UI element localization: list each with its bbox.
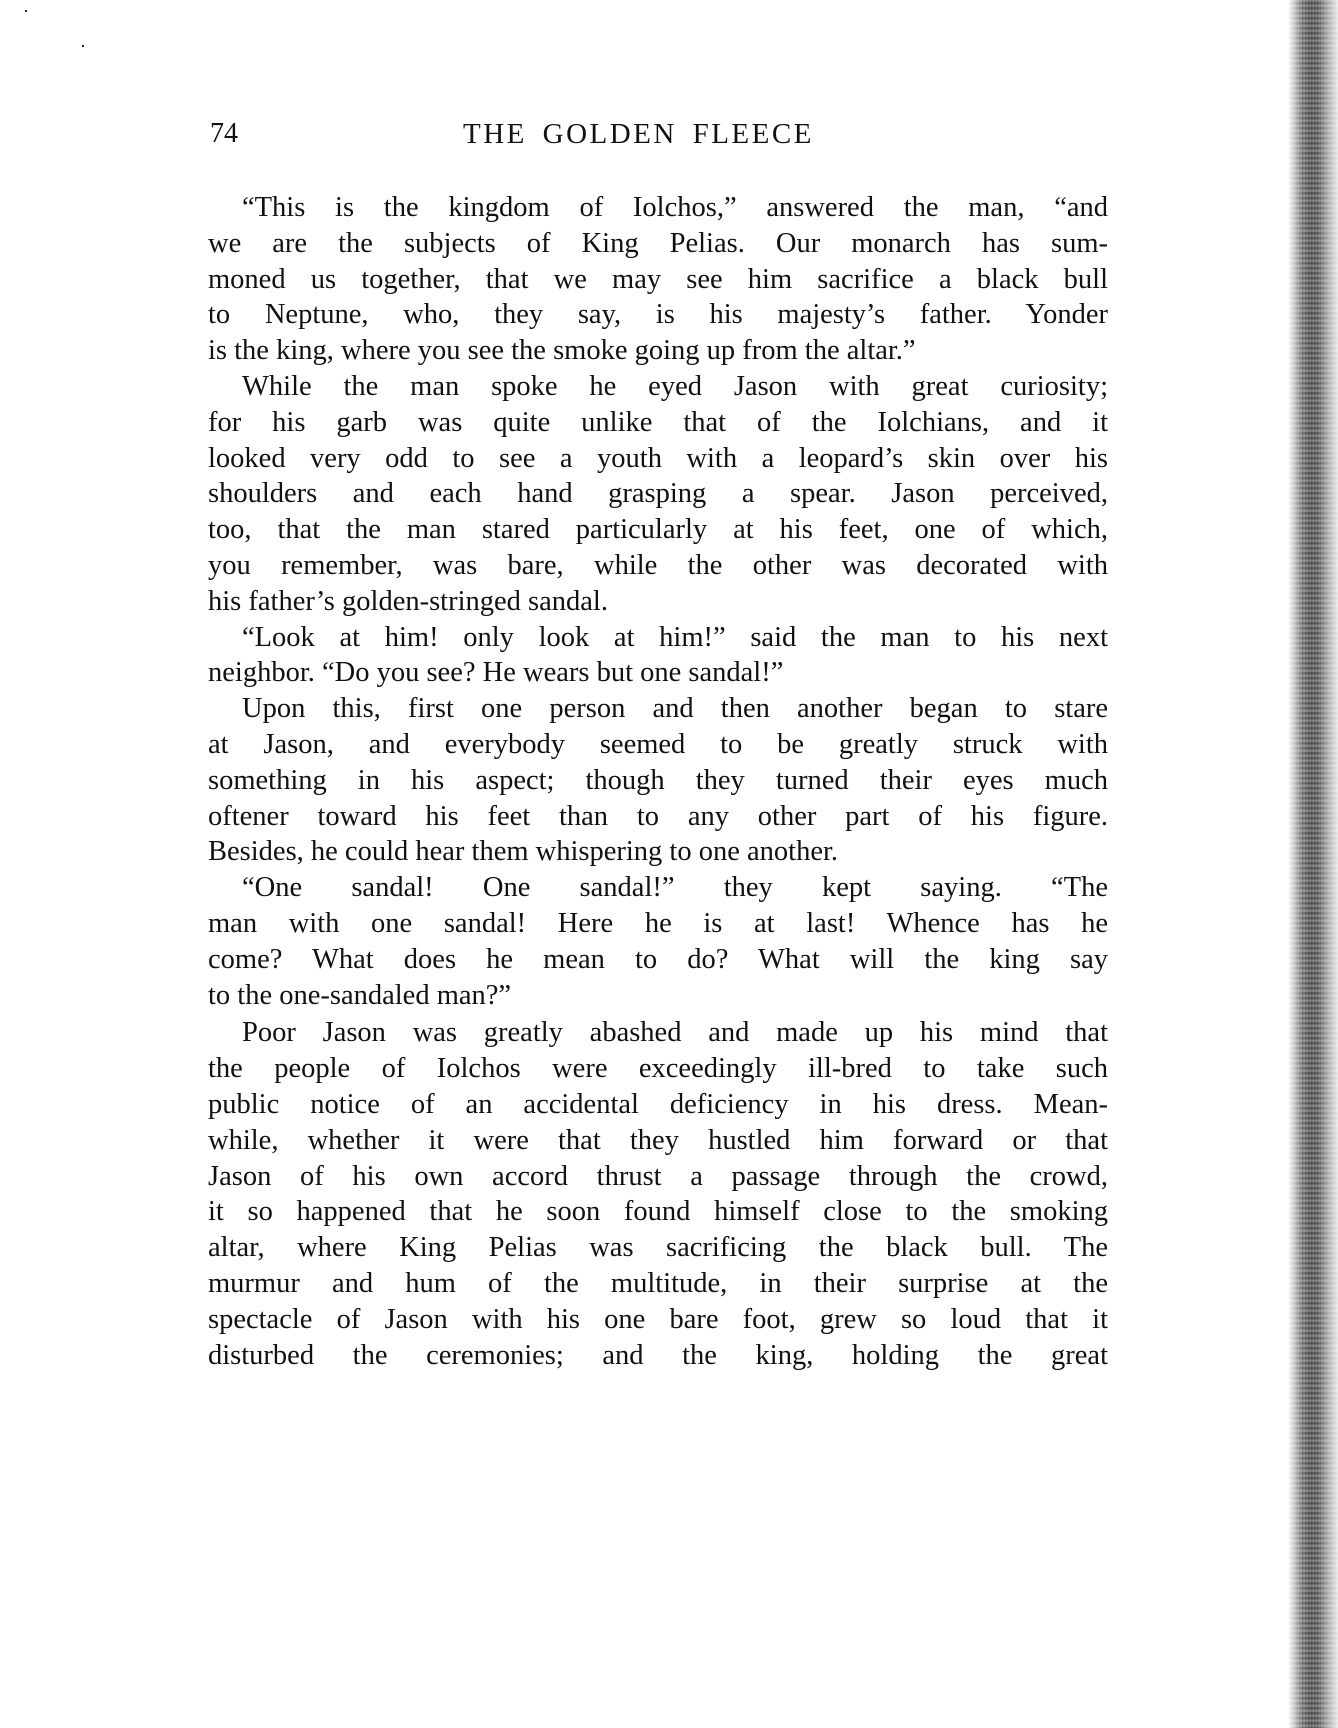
text-line: is the king, where you see the smoke goi… — [208, 333, 1108, 369]
text-line: public notice of an accidental deficienc… — [208, 1087, 1108, 1123]
scan-speck — [25, 10, 27, 12]
text-line: Poor Jason was greatly abashed and made … — [208, 1015, 1108, 1051]
body-text: “This is the kingdom of Iolchos,” answer… — [208, 190, 1108, 1373]
text-line: we are the subjects of King Pelias. Our … — [208, 226, 1108, 262]
paragraph: Upon this, first one person and then ano… — [208, 691, 1108, 870]
scan-speck — [82, 45, 84, 47]
text-line: at Jason, and everybody seemed to be gre… — [208, 727, 1108, 763]
scan-binding-gutter — [1288, 0, 1338, 1728]
text-line: the people of Iolchos were exceedingly i… — [208, 1051, 1108, 1087]
book-page: 74 THE GOLDEN FLEECE “This is the kingdo… — [0, 0, 1338, 1728]
text-line: Jason of his own accord thrust a passage… — [208, 1159, 1108, 1195]
paragraph: “One sandal! One sandal!” they kept sayi… — [208, 870, 1108, 1013]
running-header: 74 THE GOLDEN FLEECE — [210, 117, 900, 151]
text-line: it so happened that he soon found himsel… — [208, 1194, 1108, 1230]
text-line: to Neptune, who, they say, is his majest… — [208, 297, 1108, 333]
text-line: neighbor. “Do you see? He wears but one … — [208, 655, 1108, 691]
page-number: 74 — [210, 117, 238, 151]
text-line: murmur and hum of the multitude, in thei… — [208, 1266, 1108, 1302]
text-line: moned us together, that we may see him s… — [208, 262, 1108, 298]
text-line: to the one-sandaled man?” — [208, 978, 1108, 1014]
text-line: too, that the man stared particularly at… — [208, 512, 1108, 548]
text-line: Besides, he could hear them whispering t… — [208, 834, 1108, 870]
paragraph: While the man spoke he eyed Jason with g… — [208, 369, 1108, 620]
text-line: altar, where King Pelias was sacrificing… — [208, 1230, 1108, 1266]
text-line: spectacle of Jason with his one bare foo… — [208, 1302, 1108, 1338]
text-line: you remember, was bare, while the other … — [208, 548, 1108, 584]
text-line: for his garb was quite unlike that of th… — [208, 405, 1108, 441]
text-line: while, whether it were that they hustled… — [208, 1123, 1108, 1159]
text-line: shoulders and each hand grasping a spear… — [208, 476, 1108, 512]
text-line: looked very odd to see a youth with a le… — [208, 441, 1108, 477]
paragraph: “This is the kingdom of Iolchos,” answer… — [208, 190, 1108, 369]
running-head-title: THE GOLDEN FLEECE — [463, 117, 814, 151]
text-line: “Look at him! only look at him!” said th… — [208, 620, 1108, 656]
text-line: oftener toward his feet than to any othe… — [208, 799, 1108, 835]
text-line: something in his aspect; though they tur… — [208, 763, 1108, 799]
text-line: man with one sandal! Here he is at last!… — [208, 906, 1108, 942]
text-line: “One sandal! One sandal!” they kept sayi… — [208, 870, 1108, 906]
text-line: Upon this, first one person and then ano… — [208, 691, 1108, 727]
text-line: his father’s golden-stringed sandal. — [208, 584, 1108, 620]
paragraph: “Look at him! only look at him!” said th… — [208, 620, 1108, 692]
text-line: disturbed the ceremonies; and the king, … — [208, 1338, 1108, 1374]
paragraph: Poor Jason was greatly abashed and made … — [208, 1015, 1108, 1373]
text-line: While the man spoke he eyed Jason with g… — [208, 369, 1108, 405]
text-line: come? What does he mean to do? What will… — [208, 942, 1108, 978]
text-line: “This is the kingdom of Iolchos,” answer… — [208, 190, 1108, 226]
